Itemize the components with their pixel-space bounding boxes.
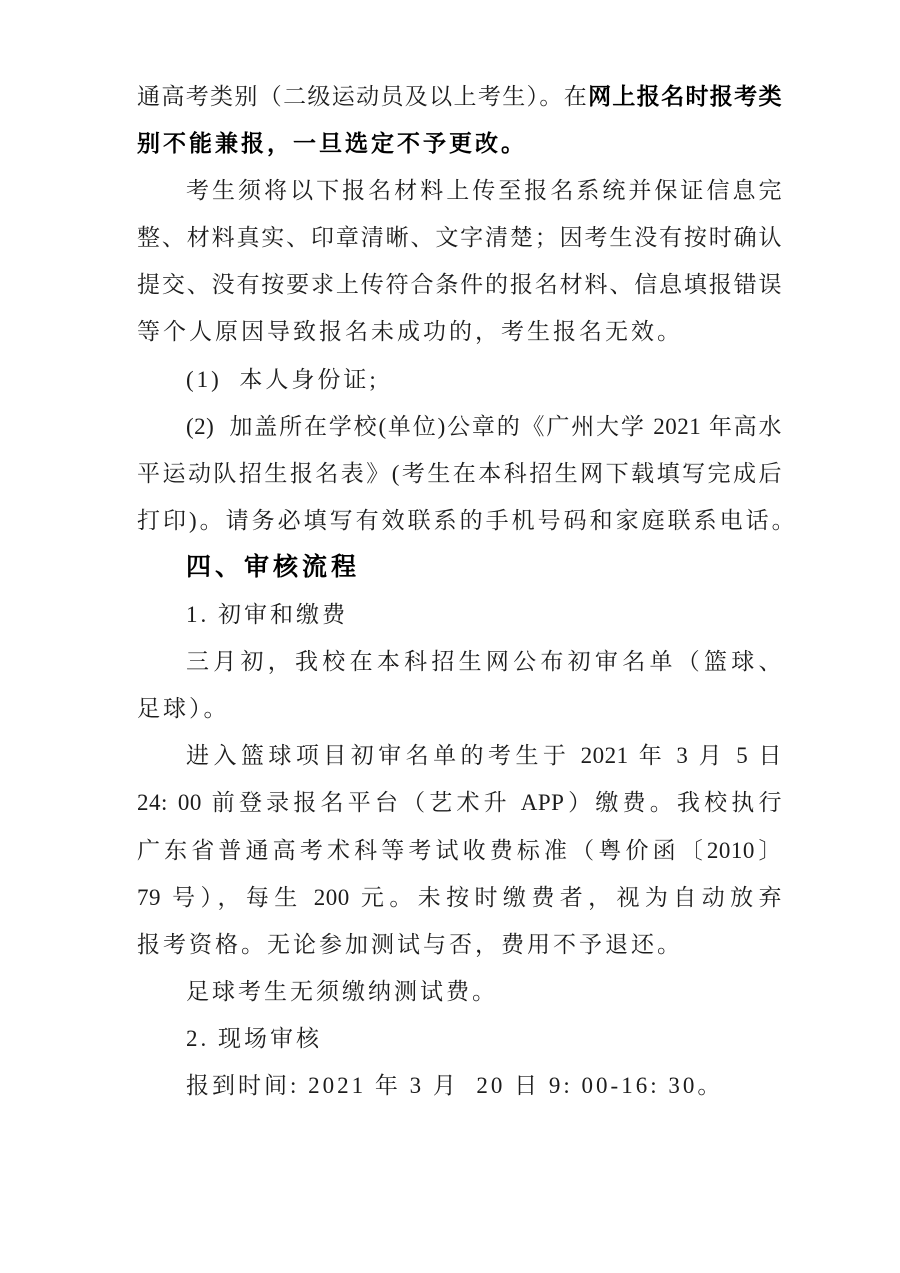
doc-line-10: 打印)。请务必填写有效联系的手机号码和家庭联系电话。: [137, 497, 782, 544]
doc-line-08-list-item: (2) 加盖所在学校(单位)公章的《广州大学 2021 年高水: [137, 403, 782, 450]
doc-line-06: 等个人原因导致报名未成功的，考生报名无效。: [137, 308, 782, 355]
doc-line-17: 广东省普通高考术科等考试收费标准（粤价函〔2010〕: [137, 827, 782, 874]
subsection-heading-initial-review: 1. 初审和缴费: [137, 591, 782, 638]
doc-line-05: 提交、没有按要求上传符合条件的报名材料、信息填报错误: [137, 261, 782, 308]
document-page: 通高考类别（二级运动员及以上考生）。在网上报名时报考类 别不能兼报，一旦选定不予…: [137, 73, 782, 1109]
doc-line-22: 报到时间: 2021 年 3 月 20 日 9: 00-16: 30。: [137, 1062, 782, 1109]
doc-line-18: 79 号），每生 200 元。未按时缴费者，视为自动放弃: [137, 874, 782, 921]
doc-line-03: 考生须将以下报名材料上传至报名系统并保证信息完: [137, 167, 782, 214]
doc-line-19: 报考资格。无论参加测试与否，费用不予退还。: [137, 921, 782, 968]
doc-line-01-regular-text: 通高考类别（二级运动员及以上考生）。在: [137, 84, 588, 109]
doc-line-07-list-item: (1) 本人身份证;: [137, 356, 782, 403]
doc-line-15: 进入篮球项目初审名单的考生于 2021 年 3 月 5 日: [137, 732, 782, 779]
subsection-heading-onsite-review: 2. 现场审核: [137, 1015, 782, 1062]
doc-line-01: 通高考类别（二级运动员及以上考生）。在网上报名时报考类: [137, 73, 782, 120]
doc-line-20: 足球考生无须缴纳测试费。: [137, 968, 782, 1015]
doc-line-02: 别不能兼报，一旦选定不予更改。: [137, 120, 782, 167]
doc-line-13: 三月初，我校在本科招生网公布初审名单（篮球、: [137, 638, 782, 685]
doc-line-16: 24: 00 前登录报名平台（艺术升 APP）缴费。我校执行: [137, 779, 782, 826]
doc-line-04: 整、材料真实、印章清晰、文字清楚；因考生没有按时确认: [137, 214, 782, 261]
doc-line-09: 平运动队招生报名表》(考生在本科招生网下载填写完成后: [137, 450, 782, 497]
doc-line-01-bold-text: 网上报名时报考类: [588, 83, 782, 109]
section-heading-review-process: 四、审核流程: [137, 544, 782, 591]
doc-line-14: 足球）。: [137, 685, 782, 732]
